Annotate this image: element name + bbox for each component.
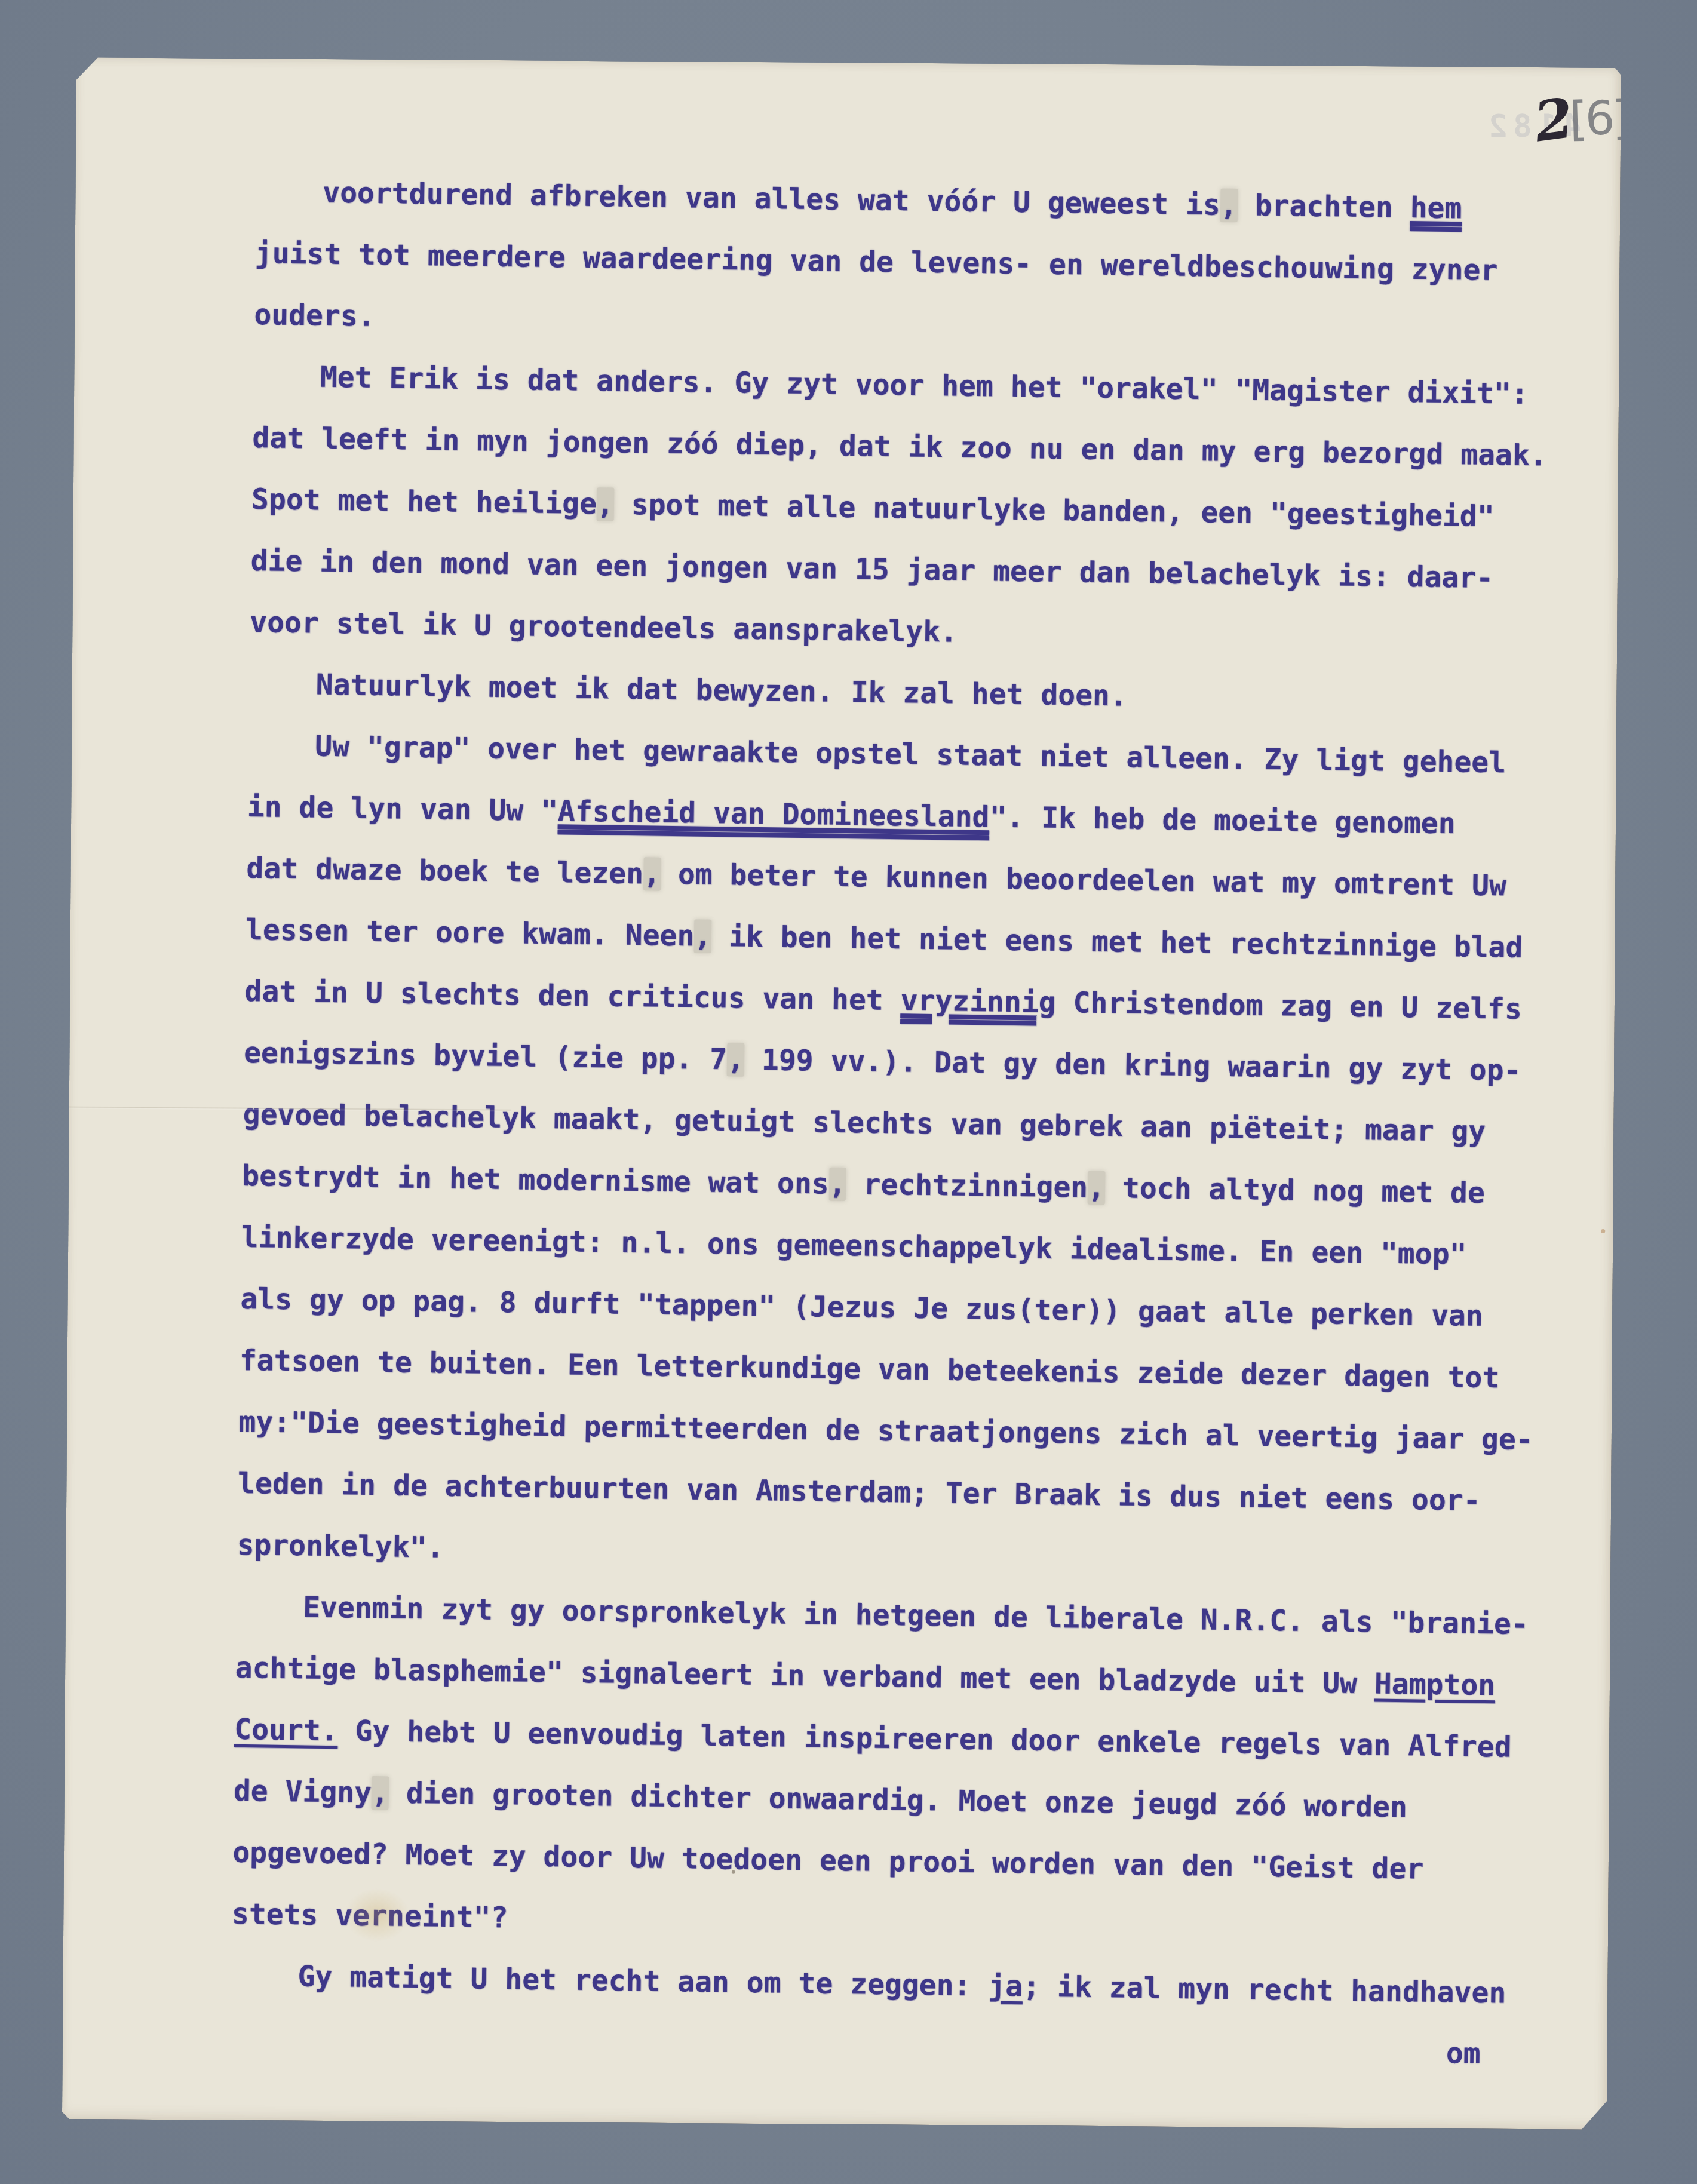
typed-text: Spot met het heilige: [251, 483, 597, 521]
typed-text: brachten: [1237, 189, 1410, 225]
typed-text: Christendom zag en U zelfs: [1055, 986, 1522, 1026]
typed-text: als gy op pag. 8 durft "tappen" (Jezus J…: [240, 1282, 1483, 1333]
typed-text: dat dwaze boek te lezen: [246, 852, 643, 890]
typed-text: spot met alle natuurlyke banden, een "ge…: [614, 488, 1495, 534]
typed-text: 199 vv.). Dat gy den kring waarin gy zyt…: [744, 1043, 1521, 1088]
typed-text: ,: [597, 487, 615, 521]
typed-text: Natuurlyk moet ik dat bewyzen. Ik zal he…: [315, 668, 1127, 713]
typed-text: ,: [828, 1168, 846, 1201]
typed-text: my:"Die geestigheid permitteerden de str…: [238, 1405, 1533, 1457]
typed-text: leden in de achterbuurten van Amsterdam;…: [238, 1467, 1481, 1518]
photo-backdrop: 4182 2 [6] voortdurend afbreken van alle…: [0, 0, 1697, 2184]
underlined-text: hem: [1410, 191, 1462, 225]
typed-text: ". Ik heb de moeite genomen: [989, 800, 1456, 840]
typed-text: rechtzinnigen: [846, 1168, 1088, 1205]
typed-text: in de lyn van Uw ": [247, 790, 558, 828]
paper-speck: [1630, 672, 1635, 680]
underlined-text: vryzinnig: [900, 984, 1056, 1019]
letter-page: 4182 2 [6] voortdurend afbreken van alle…: [62, 57, 1621, 2130]
typed-text: bestrydt in het modernisme wat ons: [242, 1159, 829, 1201]
typed-text: linkerzyde vereenigt: n.l. ons gemeensch…: [241, 1221, 1466, 1271]
typed-text: Evenmin zyt gy oorspronkelyk in hetgeen …: [303, 1590, 1529, 1641]
typed-text: gevoed belachelyk maakt, getuigt slechts…: [243, 1098, 1486, 1148]
underlined-text: Hampton: [1374, 1667, 1495, 1703]
paper-speck: [1601, 1229, 1605, 1233]
typed-text: ; ik zal myn recht handhaven: [1023, 1970, 1506, 2010]
typed-text: ,: [643, 857, 661, 890]
typed-text: voor stel ik U grootendeels aansprakelyk…: [250, 606, 958, 649]
typed-text: Met Erik is dat anders. Gy zyt voor hem …: [320, 361, 1529, 411]
typed-content: voortdurend afbreken van alles wat vóór …: [48, 56, 1622, 2139]
underlined-text: ja: [988, 1970, 1023, 2004]
typed-text: om beter te kunnen beoordeelen wat my om…: [661, 858, 1507, 903]
typed-text: spronkelyk".: [237, 1528, 444, 1565]
typed-text: Gy matigt U het recht aan om te zeggen:: [297, 1959, 989, 2002]
typed-text: Uw "grap" over het gewraakte opstel staa…: [315, 730, 1506, 780]
typed-text: toch altyd nog met de: [1105, 1171, 1485, 1210]
typed-text: dien grooten dichter onwaardig. Moet onz…: [389, 1776, 1408, 1824]
typed-text-block: voortdurend afbreken van alles wat vóór …: [50, 56, 1622, 2026]
typed-text: lessen ter oore kwam. Neen: [246, 913, 695, 953]
typed-text: ouders.: [254, 298, 375, 333]
typed-text: achtige blasphemie" signaleert in verban…: [235, 1651, 1374, 1701]
typed-text: opgevoed? Moet zy door Uw toedoen een pr…: [232, 1836, 1424, 1886]
catchword: om: [1446, 2036, 1481, 2071]
typed-text: ,: [1220, 189, 1238, 222]
paper-speck: [732, 1870, 735, 1874]
paper-stain: [344, 1888, 410, 1942]
typed-text: ,: [372, 1776, 389, 1810]
typed-text: voortdurend afbreken van alles wat vóór …: [323, 176, 1186, 222]
typed-text: ,: [694, 919, 712, 953]
typed-text: Gy hebt U eenvoudig laten inspireeren do…: [337, 1714, 1512, 1764]
typed-text: die in den mond van een jongen van 15 ja…: [250, 544, 1493, 595]
typed-text: de Vigny: [233, 1774, 372, 1810]
typed-text: juist tot meerdere waardeering van de le…: [254, 236, 1497, 287]
typed-text: ik ben het niet eens met het rechtzinnig…: [711, 920, 1523, 964]
typed-text: eenigszins byviel (zie pp. 7: [244, 1036, 728, 1076]
typed-text: dat in U slechts den criticus van het: [244, 975, 901, 1017]
typed-text: ,: [1088, 1171, 1106, 1205]
typed-text: fatsoen te buiten. Een letterkundige van…: [240, 1344, 1500, 1394]
underlined-text: Afscheid van Domineesland: [558, 794, 990, 834]
typed-text: dat leeft in myn jongen zóó diep, dat ik…: [252, 421, 1547, 472]
typed-text: is: [1186, 188, 1221, 222]
typed-text: ,: [727, 1043, 745, 1076]
underlined-text: Court.: [234, 1713, 338, 1747]
